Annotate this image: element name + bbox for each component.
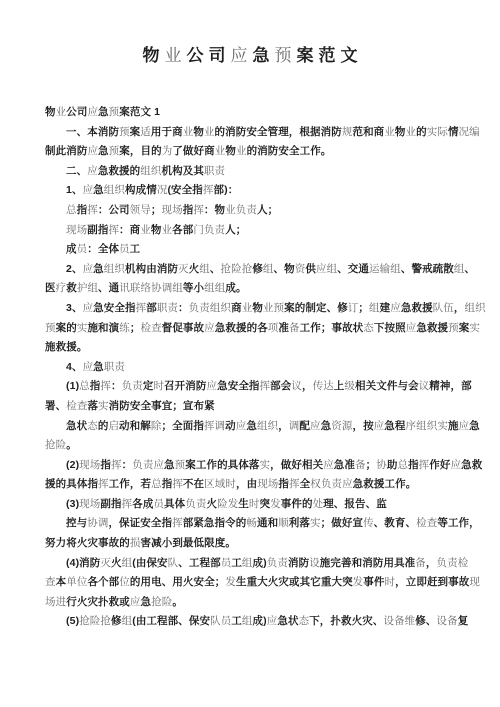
- fallback-font-char: 进: [56, 596, 67, 608]
- fallback-font-char: 组: [122, 615, 133, 627]
- fallback-font-char: 场: [45, 596, 56, 608]
- text-line: 医疗救护组、通讯联络协调组等小组组成。: [45, 279, 480, 299]
- fallback-font-char: 备: [447, 615, 458, 627]
- fallback-font-char: 险: [56, 439, 67, 451]
- fallback-font-char: 组: [172, 282, 183, 294]
- fallback-font-char: 预: [448, 322, 459, 334]
- text-line: (2)现场指挥：负责应急预案工作的具体落实，做好相关应急准备；协助总指挥作好应急…: [45, 456, 480, 476]
- fallback-font-char: 伍: [443, 302, 454, 314]
- fallback-font-char: 抢: [151, 596, 162, 608]
- text-line: 抢险。: [45, 436, 480, 456]
- fallback-font-char: 备: [355, 459, 366, 471]
- fallback-font-char: 应: [83, 361, 94, 373]
- fallback-font-char: 责: [215, 165, 226, 177]
- fallback-font-char: 实: [427, 126, 438, 138]
- fallback-font-char: 传: [363, 517, 374, 529]
- fallback-font-char: 发: [353, 576, 364, 588]
- fallback-font-char: 发: [270, 498, 281, 510]
- fallback-font-char: 业: [165, 46, 187, 65]
- fallback-font-char: 设: [437, 615, 448, 627]
- fallback-font-char: 预: [109, 106, 120, 118]
- text-line: 1、应急组织构成情况(安全指挥部)：: [45, 181, 480, 201]
- text-line: 急状态的启动和解除；全面指挥调动应急组织，调配应急资源，按应急程序组织实施应急: [45, 417, 480, 437]
- fallback-font-char: 检: [458, 557, 469, 569]
- fallback-font-char: 负: [132, 459, 143, 471]
- fallback-font-char: 组: [104, 263, 115, 275]
- text-line: 努力将火灾事故的损害减小到最低限度。: [45, 534, 480, 554]
- fallback-font-char: 员: [119, 243, 130, 255]
- fallback-font-char: 织: [114, 263, 125, 275]
- fallback-font-char: 应: [267, 615, 278, 627]
- fallback-font-char: 订: [348, 302, 359, 314]
- fallback-font-char: 负: [122, 380, 133, 392]
- document-lines: 物业公司应急预案范文 1一、本消防预案适用于商业物业的消防安全管理，根据消防规范…: [45, 103, 480, 632]
- fallback-font-char: 组: [104, 184, 115, 196]
- fallback-font-char: 查: [151, 322, 162, 334]
- fallback-font-char: 应: [83, 263, 94, 275]
- fallback-font-char: 际: [437, 126, 448, 138]
- fallback-font-char: 发: [225, 576, 236, 588]
- fallback-font-char: 职: [204, 165, 215, 177]
- fallback-font-char: 实: [310, 517, 321, 529]
- fallback-font-char: 检: [416, 517, 427, 529]
- fallback-font-char: 员: [77, 243, 88, 255]
- fallback-font-char: 适: [140, 126, 151, 138]
- fallback-font-char: 实: [437, 420, 448, 432]
- text-line: 场进行火灾扑救或应急抢险。: [45, 593, 480, 613]
- fallback-font-char: 畅: [246, 517, 257, 529]
- fallback-font-char: 负: [267, 557, 278, 569]
- fallback-font-char: 员: [221, 557, 232, 569]
- fallback-font-char: 总: [66, 204, 77, 216]
- text-line: 现场副指挥：商业物业各部门负责人；: [45, 221, 480, 241]
- fallback-font-char: 职: [104, 361, 115, 373]
- text-line: 总指挥：公司领导；现场指挥：物业负责人；: [45, 201, 480, 221]
- fallback-font-char: 灭: [178, 263, 189, 275]
- fallback-font-char: 应: [451, 459, 462, 471]
- text-line: 施救援。: [45, 338, 480, 358]
- fallback-font-char: 调: [215, 420, 226, 432]
- fallback-font-char: 责: [331, 478, 342, 490]
- fallback-font-char: 挥: [419, 459, 430, 471]
- fallback-font-char: 业: [225, 204, 236, 216]
- fallback-font-char: 应: [323, 459, 334, 471]
- fallback-font-char: 应: [342, 478, 353, 490]
- fallback-font-char: 预: [45, 322, 56, 334]
- fallback-font-char: 检: [140, 322, 151, 334]
- fallback-font-char: 组: [327, 263, 338, 275]
- fallback-font-char: 挥: [87, 204, 98, 216]
- fallback-font-char: 应: [87, 145, 98, 157]
- fallback-font-char: 织: [220, 302, 231, 314]
- fallback-font-char: 现: [79, 459, 90, 471]
- fallback-font-char: 预: [119, 126, 130, 138]
- fallback-font-char: 调: [162, 282, 173, 294]
- fallback-font-char: 应: [206, 380, 217, 392]
- fallback-font-char: 组: [204, 282, 215, 294]
- fallback-font-char: 源: [342, 420, 353, 432]
- fallback-font-char: 抢: [242, 263, 253, 275]
- fallback-font-char: 业: [183, 126, 194, 138]
- fallback-font-char: 组: [122, 557, 133, 569]
- fallback-font-char: 协: [87, 517, 98, 529]
- fallback-font-char: 织: [114, 184, 125, 196]
- fallback-font-char: 队: [433, 302, 444, 314]
- fallback-font-char: 组: [369, 302, 380, 314]
- fallback-font-char: 负: [321, 478, 332, 490]
- fallback-font-char: 达: [323, 380, 334, 392]
- fallback-font-char: 态: [363, 322, 374, 334]
- fallback-font-char: 组: [454, 263, 465, 275]
- fallback-font-char: 应: [130, 596, 141, 608]
- fallback-font-char: 传: [313, 380, 324, 392]
- fallback-font-char: 域: [215, 478, 226, 490]
- fallback-font-char: 现: [79, 498, 90, 510]
- fallback-font-char: 设: [383, 615, 394, 627]
- fallback-font-char: 责: [215, 224, 226, 236]
- fallback-font-char: 织: [268, 420, 279, 432]
- fallback-font-char: 织: [151, 165, 162, 177]
- fallback-font-char: 业: [140, 224, 151, 236]
- fallback-font-char: 场: [90, 459, 101, 471]
- text-line: 署、检查落实消防安全事宜；宣布紧: [45, 397, 480, 417]
- fallback-font-char: 联: [130, 282, 141, 294]
- fallback-font-char: 时: [385, 576, 396, 588]
- fallback-font-char: 态: [299, 615, 310, 627]
- fallback-font-char: 挥: [203, 184, 214, 196]
- fallback-font-char: 资: [331, 420, 342, 432]
- fallback-font-char: 处: [313, 498, 324, 510]
- fallback-font-char: 组: [87, 282, 98, 294]
- fallback-font-char: 预: [274, 302, 285, 314]
- fallback-font-char: 位: [77, 576, 88, 588]
- fallback-font-char: 员: [221, 615, 232, 627]
- text-line: (1)总指挥：负责定时召开消防应急安全指挥部会议，传达上级相关文件与会议精神，部: [45, 377, 480, 397]
- fallback-font-char: 位: [119, 576, 130, 588]
- fallback-font-char: 挥: [136, 302, 147, 314]
- fallback-font-char: 挥: [108, 224, 119, 236]
- text-line: 援的具体指挥工作，若总指挥不在区域时，由现场指挥全权负责应急救援工作。: [45, 475, 480, 495]
- fallback-font-char: 顺: [278, 517, 289, 529]
- fallback-font-char: 应: [406, 322, 417, 334]
- text-line: 2、应急组织机构由消防灭火组、抢险抢修组、物资供应组、交通运输组、警戒疏散组、: [45, 260, 480, 280]
- fallback-font-char: 组: [465, 302, 476, 314]
- document-title: 物业公司应急预案范文: [0, 46, 500, 65]
- fallback-font-char: 灭: [100, 557, 111, 569]
- text-line: 一、本消防预案适用于商业物业的消防安全管理，根据消防规范和商业物业的实际情况编: [45, 123, 480, 143]
- fallback-font-char: 业: [263, 302, 274, 314]
- fallback-font-char: 领: [130, 204, 141, 216]
- fallback-font-char: 责: [199, 302, 210, 314]
- fallback-font-char: 应: [231, 46, 253, 65]
- text-line: (3)现场副指挥各成员具体负责火险发生时突发事件的处理、报告、监: [45, 495, 480, 515]
- fallback-font-char: 员: [153, 498, 164, 510]
- fallback-font-char: 启: [108, 420, 119, 432]
- fallback-font-char: 议: [419, 380, 430, 392]
- fallback-font-char: 备: [394, 615, 405, 627]
- fallback-font-char: 输: [380, 263, 391, 275]
- text-line: 3、应急安全指挥部职责：负责组织商业物业预案的制定、修订；组建应急救援队伍，组织: [45, 299, 480, 319]
- fallback-font-char: 职: [157, 302, 168, 314]
- fallback-font-char: 挥: [260, 380, 271, 392]
- fallback-font-char: 业: [406, 126, 417, 138]
- fallback-font-char: 险: [217, 498, 228, 510]
- fallback-font-char: 抢: [100, 615, 111, 627]
- text-line: 制此消防应急预案，目的为了做好商业物业的消防安全工作。: [45, 142, 480, 162]
- fallback-font-char: 责: [132, 380, 143, 392]
- fallback-font-char: 为: [162, 145, 173, 157]
- text-line: 二、应急救援的组织机构及其职责: [45, 162, 480, 182]
- fallback-font-char: 现: [469, 576, 480, 588]
- text-line: 预案的实施和演练；检查督促事故应急救援的各项准备工作；事故状态下按照应急救援预案…: [45, 319, 480, 339]
- fallback-font-char: 查: [77, 400, 88, 412]
- fallback-font-char: 备: [289, 322, 300, 334]
- fallback-font-char: 规: [342, 126, 353, 138]
- fallback-font-char: 实: [98, 400, 109, 412]
- fallback-font-char: 运: [369, 263, 380, 275]
- fallback-font-char: 组: [257, 420, 268, 432]
- fallback-font-char: 时: [225, 478, 236, 490]
- fallback-font-char: 场: [172, 204, 183, 216]
- fallback-font-char: 应: [204, 322, 215, 334]
- fallback-font-char: 险: [162, 596, 173, 608]
- fallback-font-char: 负: [185, 498, 196, 510]
- fallback-font-char: 责: [246, 204, 257, 216]
- fallback-font-char: 责: [277, 557, 288, 569]
- fallback-font-char: 现: [161, 204, 172, 216]
- fallback-font-char: 组: [242, 615, 253, 627]
- fallback-font-char: 发: [228, 498, 239, 510]
- fallback-font-char: 应: [390, 302, 401, 314]
- fallback-font-char: 业: [161, 224, 172, 236]
- fallback-font-char: 场: [90, 498, 101, 510]
- fallback-font-char: 挥: [100, 380, 111, 392]
- fallback-font-char: 现: [257, 478, 268, 490]
- fallback-font-char: 业: [236, 145, 247, 157]
- fallback-font-char: 组: [215, 282, 226, 294]
- text-line: (4)消防灭火组(由保安队、工程部员工组成)负责消防设施完善和消防用具准备，负责…: [45, 554, 480, 574]
- fallback-font-char: 况: [459, 126, 470, 138]
- document-page: 物业公司应急预案范文 物业公司应急预案范文 1一、本消防预案适用于商业物业的消防…: [0, 0, 500, 707]
- fallback-font-char: 损: [130, 537, 141, 549]
- fallback-font-char: 责: [167, 302, 178, 314]
- fallback-font-char: 责: [196, 498, 207, 510]
- fallback-font-char: 组: [263, 263, 274, 275]
- fallback-font-char: 级: [344, 380, 355, 392]
- fallback-font-char: 应: [236, 420, 247, 432]
- fallback-font-char: 应: [310, 420, 321, 432]
- text-line: 物业公司应急预案范文 1: [45, 103, 480, 123]
- fallback-font-char: 组: [416, 420, 427, 432]
- text-line: (5)抢险抢修组(由工程部、保安队员工组成)应急状态下，扑救火灾、设备维修、设备…: [45, 612, 480, 632]
- fallback-font-char: 查: [427, 517, 438, 529]
- fallback-font-char: 时: [249, 498, 260, 510]
- fallback-font-char: 挥: [193, 204, 204, 216]
- fallback-font-char: 负: [236, 204, 247, 216]
- fallback-font-char: 护: [77, 282, 88, 294]
- fallback-font-char: 负: [437, 557, 448, 569]
- fallback-font-char: 除: [151, 420, 162, 432]
- fallback-font-char: 挥: [111, 459, 122, 471]
- fallback-font-char: 门: [193, 224, 204, 236]
- fallback-font-char: 织: [427, 420, 438, 432]
- text-line: 控与协调，保证安全指挥部紧急指令的畅通和顺利落实；做好宣传、教育、检查等工作，: [45, 514, 480, 534]
- fallback-font-char: 险: [231, 263, 242, 275]
- fallback-font-char: 挥: [172, 517, 183, 529]
- fallback-font-char: 负: [189, 302, 200, 314]
- text-line: 成员：全体员工: [45, 240, 480, 260]
- fallback-font-char: 织: [475, 302, 486, 314]
- fallback-font-char: 实: [77, 322, 88, 334]
- text-line: 查本单位各个部位的用电、用火安全；发生重大火灾或其它重大突发事件时，立即赶到事故…: [45, 573, 480, 593]
- fallback-font-char: 应: [87, 165, 98, 177]
- fallback-font-char: 备: [415, 557, 426, 569]
- fallback-font-char: 责: [114, 361, 125, 373]
- fallback-font-char: 组: [140, 165, 151, 177]
- fallback-font-char: 权: [310, 478, 321, 490]
- fallback-font-char: 应: [83, 184, 94, 196]
- fallback-font-char: 实: [260, 459, 271, 471]
- fallback-font-char: 态: [87, 420, 98, 432]
- fallback-font-char: 议: [291, 380, 302, 392]
- fallback-font-char: 抢: [220, 263, 231, 275]
- fallback-font-char: 编: [469, 126, 480, 138]
- fallback-font-char: 挥: [98, 478, 109, 490]
- fallback-font-char: 资: [295, 263, 306, 275]
- fallback-font-char: 预: [275, 46, 297, 65]
- fallback-font-char: 业: [242, 302, 253, 314]
- fallback-font-char: 挥: [204, 420, 215, 432]
- fallback-font-char: 挥: [122, 498, 133, 510]
- fallback-font-char: 应: [459, 420, 470, 432]
- fallback-font-char: 场: [268, 478, 279, 490]
- fallback-font-char: 场: [77, 224, 88, 236]
- fallback-font-char: 组: [242, 557, 253, 569]
- fallback-font-char: 况: [157, 184, 168, 196]
- fallback-font-char: 抢: [79, 615, 90, 627]
- fallback-font-char: 协: [376, 459, 387, 471]
- fallback-font-char: 疗: [56, 282, 67, 294]
- fallback-font-char: 队: [210, 615, 221, 627]
- fallback-font-char: 总: [151, 478, 162, 490]
- fallback-font-char: 组: [210, 302, 221, 314]
- fallback-font-char: 练: [119, 322, 130, 334]
- text-line: 4、应急职责: [45, 358, 480, 378]
- fallback-font-char: 调: [98, 517, 109, 529]
- fallback-font-char: 维: [405, 615, 416, 627]
- fallback-font-char: 导: [140, 204, 151, 216]
- fallback-font-char: 组: [390, 263, 401, 275]
- fallback-font-char: 预: [109, 145, 120, 157]
- fallback-font-char: 挥: [289, 478, 300, 490]
- fallback-font-char: 组: [199, 263, 210, 275]
- fallback-font-char: 调: [289, 420, 300, 432]
- fallback-font-char: 协: [151, 282, 162, 294]
- fallback-font-char: 序: [406, 420, 417, 432]
- fallback-font-char: 总: [79, 380, 90, 392]
- fallback-font-char: 责: [143, 459, 154, 471]
- fallback-font-char: 讯: [119, 282, 130, 294]
- fallback-font-char: 业: [56, 106, 67, 118]
- fallback-font-char: 现: [66, 224, 77, 236]
- fallback-font-char: 业: [384, 126, 395, 138]
- fallback-font-char: 险: [90, 615, 101, 627]
- fallback-font-char: 应: [374, 420, 385, 432]
- fallback-font-char: 应: [87, 106, 98, 118]
- fallback-font-char: 单: [66, 576, 77, 588]
- fallback-font-char: 挥: [172, 478, 183, 490]
- fallback-font-char: 实: [469, 322, 480, 334]
- fallback-font-char: 应: [83, 302, 94, 314]
- fallback-font-char: 抢: [45, 439, 56, 451]
- fallback-font-char: 项: [268, 322, 279, 334]
- fallback-font-char: 检: [66, 400, 77, 412]
- fallback-font-char: 队: [168, 557, 179, 569]
- fallback-font-char: 业: [204, 126, 215, 138]
- fallback-font-char: 查: [45, 576, 56, 588]
- fallback-font-char: 时: [153, 380, 164, 392]
- fallback-font-char: 设: [309, 557, 320, 569]
- fallback-font-char: 络: [140, 282, 151, 294]
- fallback-font-char: 区: [204, 478, 215, 490]
- fallback-font-char: 责: [447, 557, 458, 569]
- fallback-font-char: 负: [204, 224, 215, 236]
- fallback-font-char: 预: [175, 459, 186, 471]
- fallback-font-char: 业: [215, 145, 226, 157]
- fallback-font-char: 应: [316, 263, 327, 275]
- fallback-font-char: 应: [153, 459, 164, 471]
- fallback-font-char: 总: [397, 459, 408, 471]
